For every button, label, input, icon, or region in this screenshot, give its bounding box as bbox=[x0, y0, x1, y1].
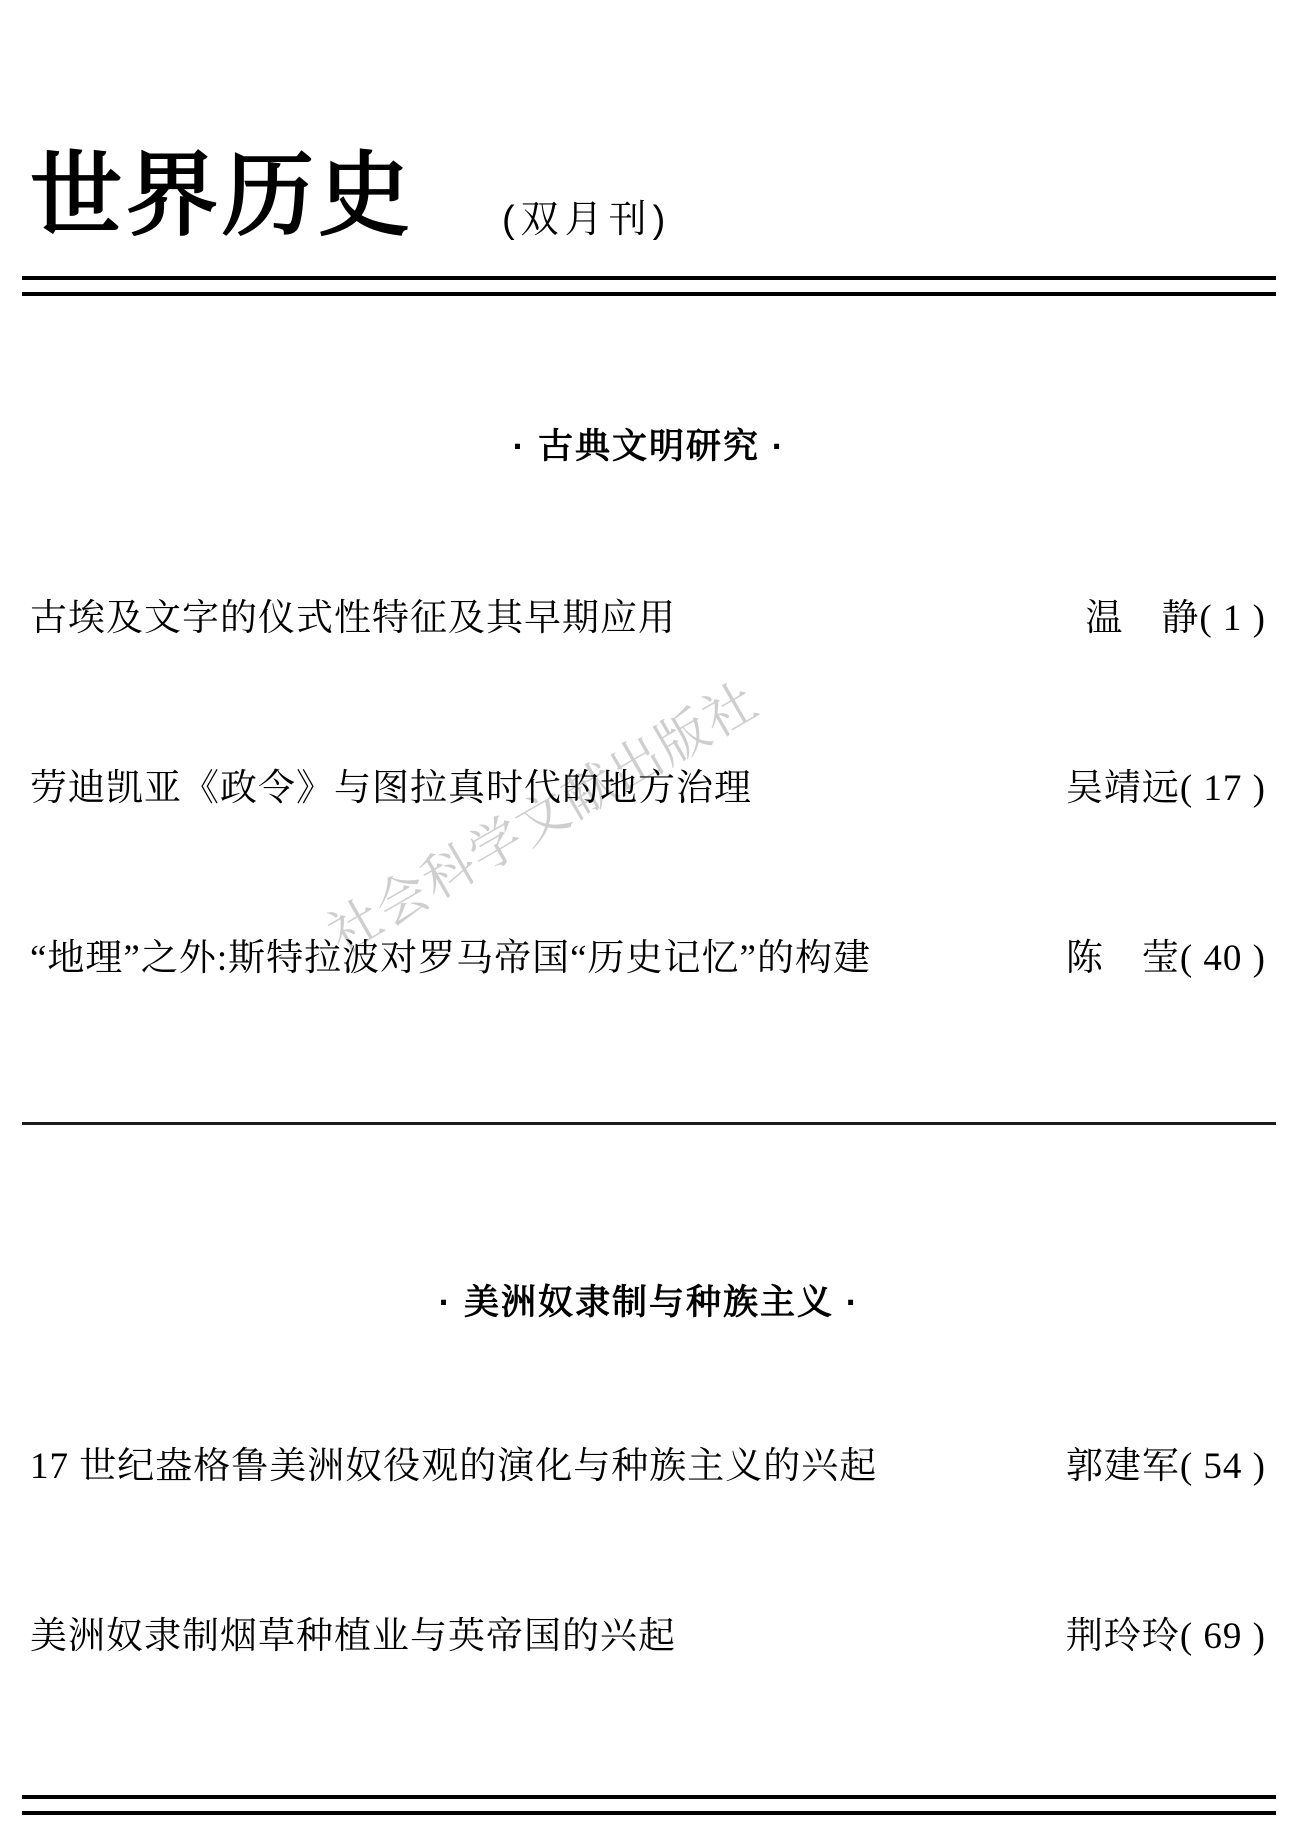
toc-entry: “地理”之外:斯特拉波对罗马帝国“历史记忆”的构建 陈 莹( 40 ) bbox=[30, 938, 1266, 981]
journal-title: 世界历史 bbox=[30, 148, 414, 245]
journal-toc-page: 世界历史 (双月刊) 社会科学文献出版社 · 古典文明研究 · 古埃及文字的仪式… bbox=[0, 0, 1298, 1847]
journal-subtitle: (双月刊) bbox=[502, 201, 671, 239]
top-double-rule bbox=[22, 276, 1276, 296]
masthead: 世界历史 (双月刊) bbox=[30, 148, 671, 245]
toc-entry: 17 世纪盎格鲁美洲奴役观的演化与种族主义的兴起 郭建军( 54 ) bbox=[30, 1446, 1266, 1489]
article-title: 17 世纪盎格鲁美洲奴役观的演化与种族主义的兴起 bbox=[30, 1446, 877, 1489]
article-author-page: 温 静( 1 ) bbox=[1085, 598, 1266, 641]
section-heading-classical-civilization: · 古典文明研究 · bbox=[0, 428, 1298, 467]
article-title: 古埃及文字的仪式性特征及其早期应用 bbox=[30, 598, 676, 641]
section-heading-american-slavery: · 美洲奴隶制与种族主义 · bbox=[0, 1284, 1298, 1323]
article-author-page: 陈 莹( 40 ) bbox=[1066, 938, 1266, 981]
bottom-double-rule bbox=[22, 1795, 1276, 1815]
section-divider-rule bbox=[22, 1122, 1276, 1125]
article-title: “地理”之外:斯特拉波对罗马帝国“历史记忆”的构建 bbox=[30, 938, 871, 981]
article-author-page: 郭建军( 54 ) bbox=[1066, 1446, 1266, 1489]
toc-entry: 美洲奴隶制烟草种植业与英帝国的兴起 荆玲玲( 69 ) bbox=[30, 1616, 1266, 1659]
toc-entry: 古埃及文字的仪式性特征及其早期应用 温 静( 1 ) bbox=[30, 598, 1266, 641]
article-title: 美洲奴隶制烟草种植业与英帝国的兴起 bbox=[30, 1616, 676, 1659]
article-title: 劳迪凯亚《政令》与图拉真时代的地方治理 bbox=[30, 768, 752, 811]
article-author-page: 吴靖远( 17 ) bbox=[1066, 768, 1266, 811]
toc-entry: 劳迪凯亚《政令》与图拉真时代的地方治理 吴靖远( 17 ) bbox=[30, 768, 1266, 811]
article-author-page: 荆玲玲( 69 ) bbox=[1066, 1616, 1266, 1659]
